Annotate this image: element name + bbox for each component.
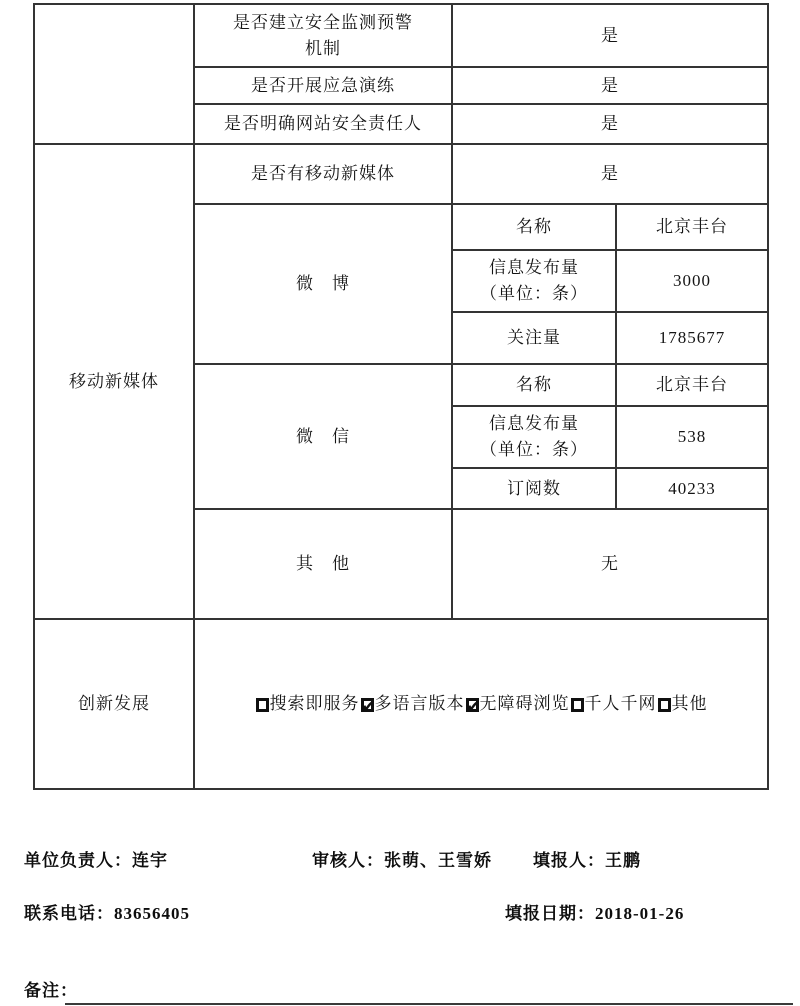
- option-label-multilingual: 多语言版本: [375, 694, 465, 713]
- section-cell-mobile-media: 移动新媒体: [34, 144, 194, 619]
- table-row: 移动新媒体 是否有移动新媒体 是: [34, 144, 768, 204]
- other-media-value: 无: [452, 509, 768, 619]
- section-cell-empty: [34, 4, 194, 144]
- security-officer-value: 是: [452, 104, 768, 144]
- option-label-accessibility: 无障碍浏览: [480, 694, 570, 713]
- emergency-drill-label: 是否开展应急演练: [194, 67, 452, 104]
- form-filler: 填报人：王鹏: [533, 846, 641, 871]
- reviewer: 审核人：张萌、王雪娇: [312, 846, 492, 871]
- innovation-options-cell: 搜索即服务多语言版本无障碍浏览千人千网其他: [194, 619, 768, 789]
- other-media-label: 其 他: [194, 509, 452, 619]
- checkbox-icon: [361, 698, 374, 712]
- weibo-label: 微 博: [194, 204, 452, 364]
- wechat-name-label: 名称: [452, 364, 616, 406]
- wechat-label: 微 信: [194, 364, 452, 509]
- wechat-subscribers-label: 订阅数: [452, 468, 616, 509]
- checkbox-icon: [571, 698, 584, 712]
- has-mobile-media-label: 是否有移动新媒体: [194, 144, 452, 204]
- weibo-followers-value: 1785677: [616, 312, 768, 364]
- innovation-options-line: 搜索即服务多语言版本无障碍浏览千人千网其他: [255, 691, 708, 717]
- wechat-posts-value: 538: [616, 406, 768, 468]
- checkbox-icon: [466, 698, 479, 712]
- weibo-name-value: 北京丰台: [616, 204, 768, 250]
- weibo-posts-label: 信息发布量 （单位：条）: [452, 250, 616, 312]
- option-label-thousand-sites: 千人千网: [585, 694, 657, 713]
- table-row: 创新发展 搜索即服务多语言版本无障碍浏览千人千网其他: [34, 619, 768, 789]
- weibo-posts-value: 3000: [616, 250, 768, 312]
- report-date: 填报日期：2018-01-26: [505, 899, 684, 924]
- report-page: 是否建立安全监测预警 机制 是 是否开展应急演练 是 是否明确网站安全责任人 是…: [0, 0, 800, 1006]
- weibo-name-label: 名称: [452, 204, 616, 250]
- wechat-name-value: 北京丰台: [616, 364, 768, 406]
- wechat-posts-label: 信息发布量 （单位：条）: [452, 406, 616, 468]
- unit-responsible-person: 单位负责人：连宇: [24, 846, 168, 871]
- contact-phone: 联系电话：83656405: [24, 899, 190, 924]
- has-mobile-media-value: 是: [452, 144, 768, 204]
- remarks-label: 备注：: [24, 976, 78, 1001]
- emergency-drill-value: 是: [452, 67, 768, 104]
- option-label-search-as-service: 搜索即服务: [270, 694, 360, 713]
- security-monitor-value: 是: [452, 4, 768, 67]
- section-cell-innovation: 创新发展: [34, 619, 194, 789]
- weibo-followers-label: 关注量: [452, 312, 616, 364]
- security-officer-label: 是否明确网站安全责任人: [194, 104, 452, 144]
- option-label-other: 其他: [672, 694, 708, 713]
- wechat-subscribers-value: 40233: [616, 468, 768, 509]
- table-row: 是否建立安全监测预警 机制 是: [34, 4, 768, 67]
- annual-report-table: 是否建立安全监测预警 机制 是 是否开展应急演练 是 是否明确网站安全责任人 是…: [33, 3, 769, 790]
- checkbox-icon: [658, 698, 671, 712]
- security-monitor-label: 是否建立安全监测预警 机制: [194, 4, 452, 67]
- checkbox-icon: [256, 698, 269, 712]
- bottom-cutoff-rule: [65, 1003, 793, 1005]
